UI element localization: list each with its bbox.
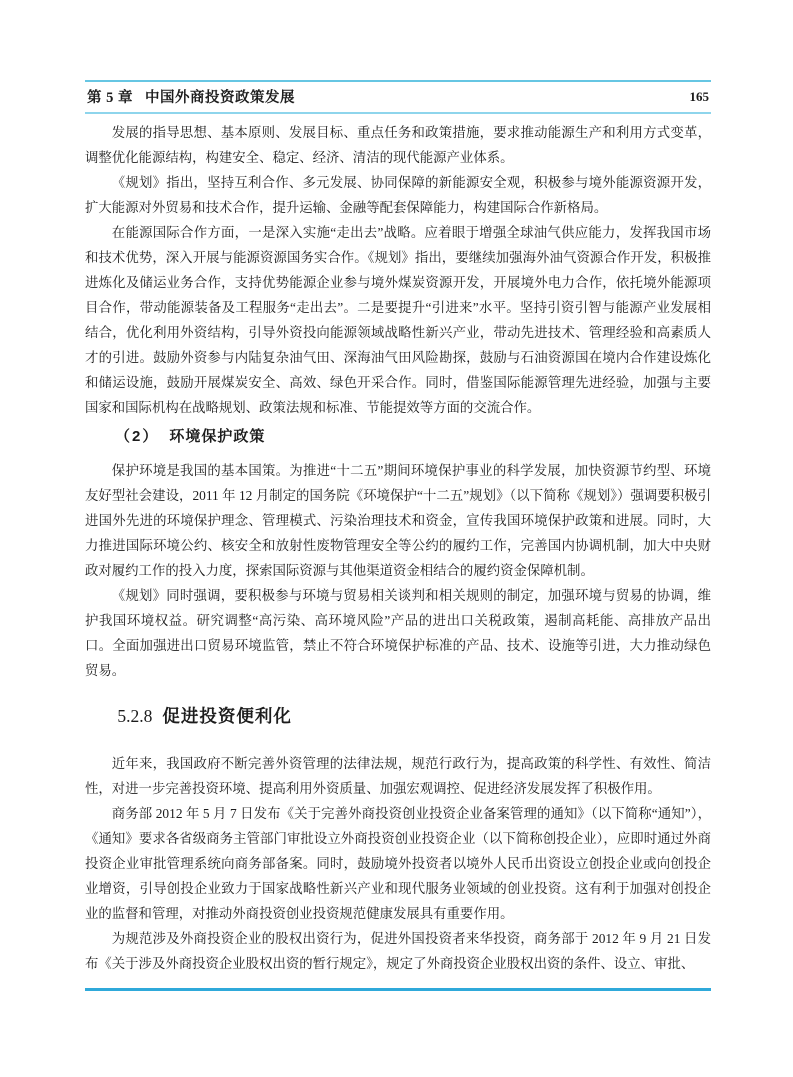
subsection-heading-title: 环境保护政策 xyxy=(169,428,265,445)
page-number: 165 xyxy=(690,89,710,105)
body-paragraph: 《规划》同时强调，要积极参与环境与贸易相关谈判和相关规则的制定，加强环境与贸易的… xyxy=(85,583,711,683)
body-paragraph: 发展的指导思想、基本原则、发展目标、重点任务和政策措施，要求推动能源生产和利用方… xyxy=(85,120,711,170)
footer-rule xyxy=(85,988,711,991)
body-paragraph: 近年来，我国政府不断完善外资管理的法律法规，规范行政行为，提高政策的科学性、有效… xyxy=(85,751,711,801)
chapter-title: 中国外商投资政策发展 xyxy=(145,90,295,106)
chapter-label: 第 5 章 xyxy=(87,90,133,106)
body-paragraph: 保护环境是我国的基本国策。为推进“十二五”期间环境保护事业的科学发展，加快资源节… xyxy=(85,458,711,583)
chapter-heading: 第 5 章中国外商投资政策发展 xyxy=(87,86,295,107)
body-paragraph: 为规范涉及外商投资企业的股权出资行为，促进外国投资者来华投资，商务部于 2012… xyxy=(85,926,711,976)
page-header: 第 5 章中国外商投资政策发展 165 xyxy=(85,80,711,114)
section-heading: 5.2.8促进投资便利化 xyxy=(85,704,711,728)
page-body: 发展的指导思想、基本原则、发展目标、重点任务和政策措施，要求推动能源生产和利用方… xyxy=(85,120,711,976)
section-heading-number: 5.2.8 xyxy=(117,706,152,726)
document-page: 第 5 章中国外商投资政策发展 165 发展的指导思想、基本原则、发展目标、重点… xyxy=(0,0,793,1077)
body-paragraph: 商务部 2012 年 5 月 7 日发布《关于完善外商投资创业投资企业备案管理的… xyxy=(85,801,711,926)
section-heading-title: 促进投资便利化 xyxy=(162,706,292,726)
subsection-heading: （2）环境保护政策 xyxy=(85,427,711,447)
subsection-heading-label: （2） xyxy=(115,428,159,445)
body-paragraph: 《规划》指出，坚持互利合作、多元发展、协同保障的新能源安全观，积极参与境外能源资… xyxy=(85,170,711,220)
body-paragraph: 在能源国际合作方面，一是深入实施“走出去”战略。应着眼于增强全球油气供应能力，发… xyxy=(85,220,711,420)
